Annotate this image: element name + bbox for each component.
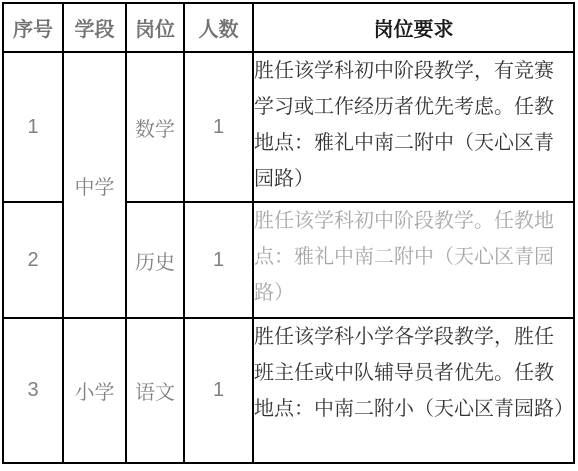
header-requirement: 岗位要求: [253, 3, 574, 52]
header-stage: 学段: [63, 3, 126, 52]
cell-count: 1: [184, 52, 253, 202]
page: 序号 学段 岗位 人数 岗位要求 1 中学 数学 1 胜任该学科初中阶段教学，有…: [0, 0, 578, 471]
cell-requirement: 胜任该学科小学各学段教学，胜任班主任或中队辅导员者优先。任教地点：中南二附小（天…: [253, 318, 574, 463]
cell-position: 历史: [126, 202, 184, 318]
header-serial: 序号: [3, 3, 63, 52]
cell-count: 1: [184, 318, 253, 463]
cell-serial: 3: [3, 318, 63, 463]
table-row: 3 小学 语文 1 胜任该学科小学各学段教学，胜任班主任或中队辅导员者优先。任教…: [3, 318, 574, 463]
cell-requirement: 胜任该学科初中阶段教学。任教地点：雅礼中南二附中（天心区青园路）: [253, 202, 574, 318]
cell-stage-merged: 中学: [63, 52, 126, 318]
cell-position: 语文: [126, 318, 184, 463]
header-position: 岗位: [126, 3, 184, 52]
table-row: 1 中学 数学 1 胜任该学科初中阶段教学，有竞赛学习或工作经历者优先考虑。任教…: [3, 52, 574, 202]
requirements-table: 序号 学段 岗位 人数 岗位要求 1 中学 数学 1 胜任该学科初中阶段教学，有…: [2, 2, 575, 464]
cell-requirement: 胜任该学科初中阶段教学，有竞赛学习或工作经历者优先考虑。任教地点：雅礼中南二附中…: [253, 52, 574, 202]
cell-position: 数学: [126, 52, 184, 202]
cell-count: 1: [184, 202, 253, 318]
header-count: 人数: [184, 3, 253, 52]
cell-serial: 2: [3, 202, 63, 318]
cell-serial: 1: [3, 52, 63, 202]
cell-stage: 小学: [63, 318, 126, 463]
table-header-row: 序号 学段 岗位 人数 岗位要求: [3, 3, 574, 52]
